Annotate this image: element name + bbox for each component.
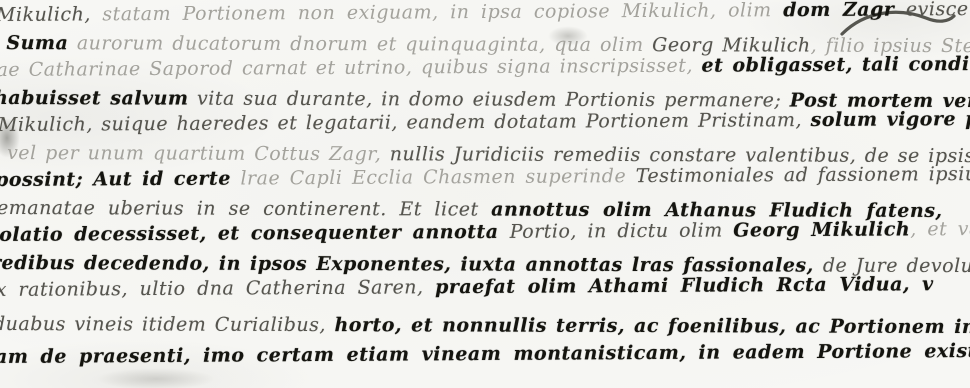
manuscript-text-segment: Suma: [6, 32, 68, 54]
manuscript-text-segment: , vel per unum quartium Cottus Zagr,: [0, 142, 390, 165]
manuscript-text-segment: horto, et nonnullis terris, ac foenilibu…: [334, 314, 970, 338]
manuscript-line: solatio decessisset, et consequenter ann…: [0, 216, 970, 249]
manuscript-line: am de praesenti, imo certam etiam vineam…: [0, 338, 970, 371]
manuscript-text-segment: lrae Capli Ecclia Chasmen superinde: [231, 165, 636, 189]
manuscript-text-segment: Portio, in dictu olim: [510, 219, 734, 242]
manuscript-text-segment: et obligasset, tali condi: [701, 53, 969, 77]
manuscript-line: duabus vineis itidem Curialibus, horto, …: [0, 311, 970, 342]
manuscript-text-segment: emanatae uberius in se continerent. Et l…: [0, 197, 491, 221]
manuscript-text-segment: habuisset salvum: [0, 87, 189, 110]
manuscript-text-segment: Mikulich,: [0, 3, 102, 26]
manuscript-text-segment: possint; Aut id certe: [0, 168, 231, 191]
manuscript-line: ex rationibus, ultio dna Catherina Saren…: [0, 271, 970, 305]
manuscript-line: iae Catharinae Saporod carnat et utrino,…: [0, 51, 970, 84]
manuscript-line: possint; Aut id certe lrae Capli Ecclia …: [0, 161, 970, 194]
manuscript-line: Mikulich, suique haeredes et legatarii, …: [0, 106, 970, 139]
manuscript-text-segment: Testimoniales ad fassionem ipsius: [636, 163, 970, 187]
manuscript-line: Mikulich, statam Portionem non exiguam, …: [0, 0, 970, 29]
manuscript-text-block: Mikulich, statam Portionem non exiguam, …: [0, 0, 970, 388]
manuscript-text-segment: solum vigore praetens: [811, 107, 970, 131]
manuscript-text-segment: aurorum ducatorum dnorum et quinquaginta…: [68, 32, 652, 56]
manuscript-scan-page: Mikulich, statam Portionem non exiguam, …: [0, 0, 970, 388]
manuscript-text-segment: Mikulich, suique haeredes et legatarii, …: [0, 109, 811, 136]
manuscript-text-segment: praefat olim Athami Fludich Rcta Vidua, …: [435, 273, 934, 298]
manuscript-text-segment: Georg Mikulich: [733, 218, 910, 241]
manuscript-text-segment: iae Catharinae Saporod carnat et utrino,…: [0, 55, 702, 81]
manuscript-text-segment: solatio decessisset, et consequenter ann…: [0, 221, 510, 246]
manuscript-text-segment: ex rationibus, ultio dna Catherina Saren…: [0, 276, 435, 301]
manuscript-text-segment: dom Zagr: [783, 0, 894, 21]
manuscript-text-segment: statam Portionem non exiguam, in ipsa co…: [102, 0, 783, 25]
manuscript-text-segment: evisce: [894, 0, 968, 21]
manuscript-text-segment: duabus vineis itidem Curialibus,: [0, 313, 335, 336]
manuscript-text-segment: , et va: [910, 218, 970, 240]
manuscript-text-segment: am de praesenti, imo certam etiam vineam…: [0, 340, 970, 368]
